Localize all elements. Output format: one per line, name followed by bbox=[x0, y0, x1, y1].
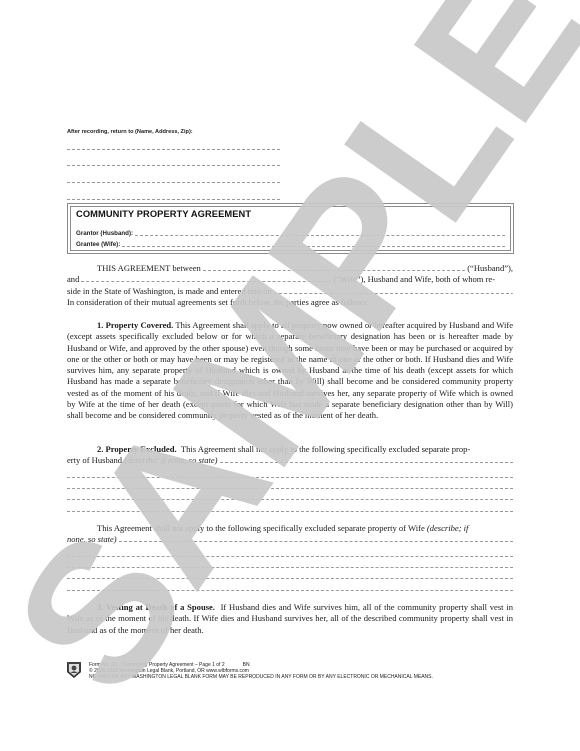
title-box: COMMUNITY PROPERTY AGREEMENT Grantor (Hu… bbox=[67, 203, 514, 254]
washington-legal-blank-logo-icon bbox=[67, 662, 81, 678]
section-2-line-2: erty of Husband (describe; if none, so s… bbox=[67, 455, 513, 466]
husband-excluded-property-line-2[interactable] bbox=[67, 477, 513, 478]
grantor-label: Grantor (Husband): bbox=[76, 230, 133, 237]
grantee-row: Grantee (Wife): bbox=[76, 239, 505, 248]
wife-excluded-property-line-4[interactable] bbox=[67, 578, 513, 579]
return-address-label: After recording, return to (Name, Addres… bbox=[67, 129, 193, 135]
section-1-property-covered: 1. Property Covered. This Agreement shal… bbox=[67, 320, 513, 421]
intro-text: THIS AGREEMENT between bbox=[97, 263, 201, 274]
intro-text: side in the State of Washington, is made… bbox=[67, 286, 272, 297]
wife-exclusion-instruction: (describe; if bbox=[427, 523, 469, 534]
wife-exclusion-line-1: This Agreement shall not apply to the fo… bbox=[67, 523, 513, 534]
intro-line-3: side in the State of Washington, is made… bbox=[67, 286, 513, 297]
section-2-heading: 2. Property Excluded. bbox=[97, 444, 177, 455]
grantor-field[interactable] bbox=[135, 235, 505, 236]
wife-exclusion-text: This Agreement shall not apply to the fo… bbox=[97, 523, 425, 534]
intro-paragraph: THIS AGREEMENT between (“Husband”), and … bbox=[67, 263, 513, 308]
section-1-heading: 1. Property Covered. bbox=[97, 320, 173, 330]
grantee-label: Grantee (Wife): bbox=[76, 241, 120, 248]
return-address-line-2[interactable] bbox=[67, 165, 280, 166]
footer-notice: NO PART OF ANY WASHINGTON LEGAL BLANK FO… bbox=[89, 674, 433, 680]
footer-text: Form No. 63 – Community Property Agreeme… bbox=[89, 662, 433, 681]
husband-excluded-property-line-4[interactable] bbox=[67, 499, 513, 500]
section-2-property-excluded: 2. Property Excluded. This Agreement sha… bbox=[67, 444, 513, 512]
section-2-instruction: (describe; if none, so state) bbox=[124, 455, 217, 466]
section-3-vesting: 3. Vesting at Death of a Spouse. If Husb… bbox=[67, 602, 513, 636]
intro-line-4: In consideration of their mutual agreeme… bbox=[67, 297, 513, 308]
document-title: COMMUNITY PROPERTY AGREEMENT bbox=[76, 209, 251, 219]
intro-line-2: and (“Wife”), Husband and Wife, both of … bbox=[67, 274, 513, 285]
document-page: After recording, return to (Name, Addres… bbox=[0, 0, 580, 751]
wife-excluded-property-line-3[interactable] bbox=[67, 567, 513, 568]
wife-excluded-property-field[interactable] bbox=[119, 534, 513, 542]
section-1-text: This Agreement shall apply to all proper… bbox=[67, 320, 513, 420]
wife-name-field[interactable] bbox=[81, 274, 331, 282]
section-2-wife-exclusions: This Agreement shall not apply to the fo… bbox=[67, 523, 513, 591]
husband-excluded-property-line-3[interactable] bbox=[67, 488, 513, 489]
section-2-text: erty of Husband bbox=[67, 455, 122, 466]
wife-exclusion-instruction: none, so state) bbox=[67, 534, 117, 545]
husband-excluded-property-field[interactable] bbox=[220, 455, 514, 463]
intro-text: . bbox=[511, 286, 513, 297]
grantor-row: Grantor (Husband): bbox=[76, 228, 505, 237]
wife-excluded-property-line-2[interactable] bbox=[67, 556, 513, 557]
intro-text: (“Wife”), Husband and Wife, both of whom… bbox=[333, 274, 495, 285]
wife-exclusion-line-2: none, so state) bbox=[67, 534, 513, 545]
section-3-heading: 3. Vesting at Death of a Spouse. bbox=[97, 602, 215, 612]
section-2-line-1: 2. Property Excluded. This Agreement sha… bbox=[67, 444, 513, 455]
section-2-text: This Agreement shall not apply to the fo… bbox=[181, 444, 470, 455]
intro-line-1: THIS AGREEMENT between (“Husband”), bbox=[67, 263, 513, 274]
return-address-line-4[interactable] bbox=[67, 199, 280, 200]
husband-name-field[interactable] bbox=[203, 263, 465, 271]
husband-excluded-property-line-5[interactable] bbox=[67, 511, 513, 512]
intro-text: (“Husband”), bbox=[467, 263, 513, 274]
return-address-line-3[interactable] bbox=[67, 182, 280, 183]
intro-text: In consideration of their mutual agreeme… bbox=[67, 297, 369, 308]
grantee-field[interactable] bbox=[122, 246, 505, 247]
wife-excluded-property-line-5[interactable] bbox=[67, 590, 513, 591]
agreement-date-field[interactable] bbox=[274, 286, 509, 294]
intro-text: and bbox=[67, 274, 79, 285]
return-address-line-1[interactable] bbox=[67, 149, 280, 150]
